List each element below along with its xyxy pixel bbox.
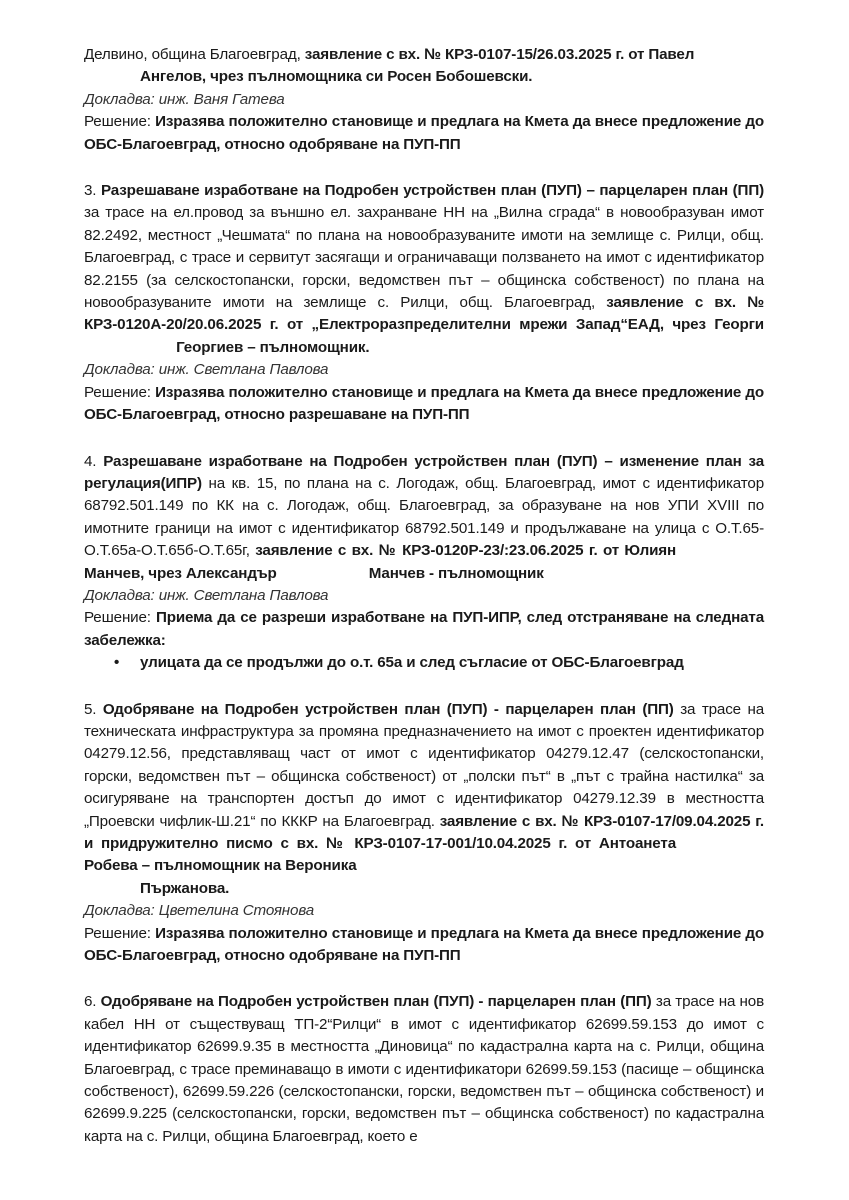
decision-label: Решение: [84, 384, 151, 401]
reporter: Докладва: инж. Светлана Павлова [84, 359, 764, 381]
decision-remarks-list: улицата да се продължи до о.т. 65а и сле… [84, 652, 764, 674]
decision: Решение: Приема да се разреши изработван… [84, 607, 764, 652]
decision-label: Решение: [84, 113, 151, 130]
decision: Решение: Изразява положително становище … [84, 382, 764, 427]
decision-text: Изразява положително становище и предлаг… [84, 384, 764, 423]
document-page: Делвино, община Благоевград, заявление с… [84, 44, 764, 1148]
item-continuation: Делвино, община Благоевград, заявление с… [84, 44, 764, 156]
item-application-last: Пържанова. [84, 878, 764, 900]
item-application-tail: Георгиев – пълномощник. [176, 339, 369, 356]
reporter: Докладва: инж. Ваня Гатева [84, 89, 764, 111]
remark-item: улицата да се продължи до о.т. 65а и сле… [114, 652, 764, 674]
decision-text: Приема да се разреши изработване на ПУП-… [84, 609, 764, 648]
item-application: заявление с вх. № КРЗ-0120Р-23/:23.06.20… [255, 542, 676, 559]
item-paragraph: 5. Одобряване на Подробен устройствен пл… [84, 699, 764, 878]
decision-label: Решение: [84, 609, 151, 626]
continuation-applicant: Ангелов, чрез пълномощника си Росен Бобо… [84, 66, 764, 88]
item-paragraph: 4. Разрешаване изработване на Подробен у… [84, 451, 764, 585]
item-title: Одобряване на Подробен устройствен план … [101, 993, 652, 1010]
item-paragraph: 3. Разрешаване изработване на Подробен у… [84, 180, 764, 359]
item-body: за трасе на техническата инфраструктура … [84, 701, 764, 830]
item-number: 6. [84, 993, 96, 1010]
decision-label: Решение: [84, 925, 151, 942]
agenda-item-6: 6. Одобряване на Подробен устройствен пл… [84, 991, 764, 1148]
decision: Решение: Изразява положително становище … [84, 111, 764, 156]
reporter: Докладва: инж. Светлана Павлова [84, 585, 764, 607]
item-title: Разрешаване изработване на Подробен устр… [101, 182, 764, 199]
agenda-item-5: 5. Одобряване на Подробен устройствен пл… [84, 699, 764, 968]
item-body: за трасе на нов кабел НН от съществуващ … [84, 993, 764, 1144]
item-paragraph: 6. Одобряване на Подробен устройствен пл… [84, 991, 764, 1148]
item-application-mid: Манчев, чрез Александър [84, 565, 277, 582]
item-application-tail: Робева – пълномощник на Вероника [84, 857, 357, 874]
continuation-paragraph: Делвино, община Благоевград, заявление с… [84, 44, 764, 66]
decision-text: Изразява положително становище и предлаг… [84, 925, 764, 964]
continuation-text: Делвино, община Благоевград, [84, 46, 305, 63]
item-number: 3. [84, 182, 96, 199]
agenda-item-4: 4. Разрешаване изработване на Подробен у… [84, 451, 764, 675]
item-number: 5. [84, 701, 96, 718]
decision: Решение: Изразява положително становище … [84, 923, 764, 968]
item-title: Одобряване на Подробен устройствен план … [103, 701, 674, 718]
agenda-item-3: 3. Разрешаване изработване на Подробен у… [84, 180, 764, 426]
item-number: 4. [84, 453, 96, 470]
reporter: Докладва: Цветелина Стоянова [84, 900, 764, 922]
item-application-tail: Манчев - пълномощник [369, 565, 544, 582]
continuation-application: заявление с вх. № КРЗ-0107-15/26.03.2025… [305, 46, 694, 63]
decision-text: Изразява положително становище и предлаг… [84, 113, 764, 152]
